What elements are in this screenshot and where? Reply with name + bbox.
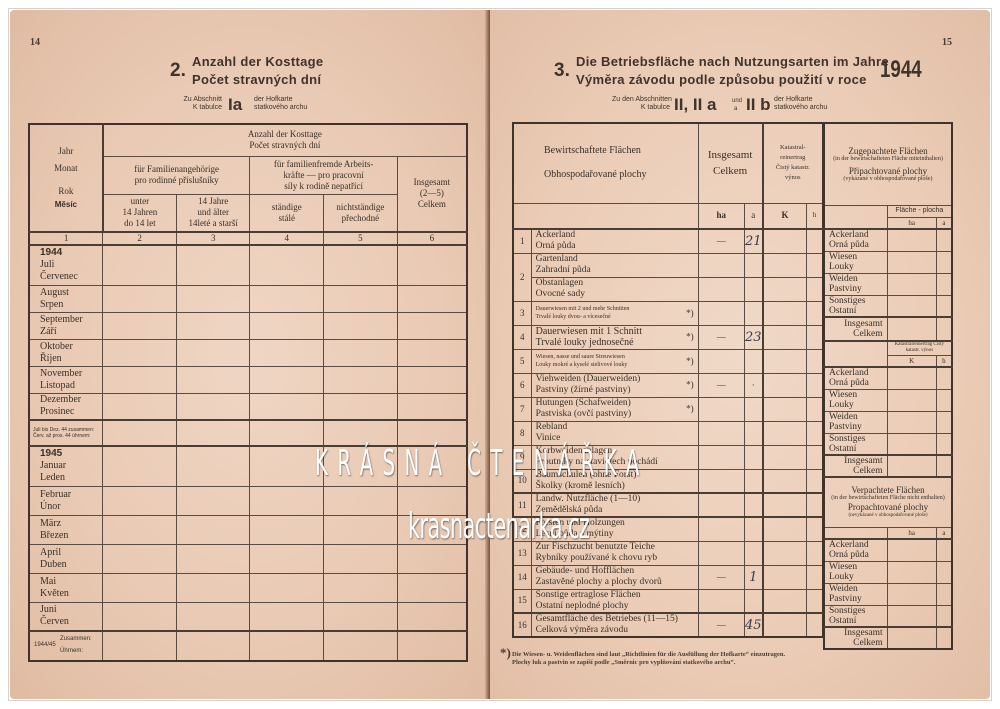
a-value[interactable]: 23 — [744, 325, 762, 349]
unit-a: a — [744, 203, 762, 229]
entry-cell[interactable] — [250, 420, 324, 446]
ha-value[interactable] — [887, 317, 936, 341]
ha-value[interactable] — [887, 295, 936, 317]
ha-value[interactable] — [698, 349, 744, 373]
entry-cell[interactable] — [103, 245, 177, 285]
ha-value[interactable] — [698, 517, 744, 541]
entry-cell[interactable] — [176, 602, 250, 631]
k-value[interactable] — [887, 367, 936, 389]
k-value[interactable] — [763, 589, 807, 613]
table-row: 4 Dauerwiesen mit 1 SchnittTrvalé louky … — [513, 325, 823, 349]
table-row: MaiKvěten — [29, 573, 467, 602]
h-value[interactable] — [936, 411, 952, 433]
entry-cell[interactable] — [397, 393, 467, 420]
k-value[interactable] — [763, 373, 807, 397]
entry-cell[interactable] — [250, 573, 324, 602]
h-value[interactable] — [807, 349, 823, 373]
title-de: Die Betriebsfläche nach Nutzungsarten im… — [576, 54, 889, 69]
month-cell: MärzBřezen — [29, 515, 103, 544]
k-value[interactable] — [763, 301, 807, 325]
entry-cell[interactable] — [397, 339, 467, 366]
temporary-header: nichtständigepřechodné — [324, 194, 398, 232]
entry-cell[interactable] — [324, 631, 398, 661]
table-row: 1944JuliČervenec — [29, 245, 467, 285]
entry-cell[interactable] — [250, 285, 324, 312]
ha-value[interactable] — [887, 539, 936, 561]
a-value[interactable] — [744, 445, 762, 469]
land-use-table: Bewirtschaftete FlächenObhospodařované p… — [512, 122, 824, 638]
unit-k: K — [763, 203, 807, 229]
k-value[interactable] — [887, 389, 936, 411]
a-value[interactable] — [744, 517, 762, 541]
entry-cell[interactable] — [103, 602, 177, 631]
page-number: 15 — [942, 37, 952, 48]
table-row: 8 ReblandVinice — [513, 421, 823, 445]
entry-cell[interactable] — [250, 245, 324, 285]
unit-h: h — [807, 203, 823, 229]
leased-in-header: Zugepachtete Flächen (in der bewirtschaf… — [824, 123, 952, 205]
h-value[interactable] — [807, 541, 823, 565]
ha-value[interactable] — [887, 605, 936, 627]
entry-cell[interactable] — [250, 446, 324, 486]
h-value[interactable] — [807, 229, 823, 253]
entry-cell[interactable] — [103, 312, 177, 339]
month-cell: JuniČerven — [29, 602, 103, 631]
k-value[interactable] — [763, 565, 807, 589]
permanent-header: ständigestálé — [250, 194, 324, 232]
unit-ha: ha — [698, 203, 744, 229]
a-value[interactable] — [744, 301, 762, 325]
a-value[interactable] — [744, 493, 762, 517]
entry-cell[interactable] — [324, 486, 398, 515]
ha-value[interactable] — [887, 583, 936, 605]
k-value[interactable] — [763, 517, 807, 541]
entry-cell[interactable] — [176, 245, 250, 285]
a-value[interactable]: 21 — [744, 229, 762, 253]
k-value[interactable] — [763, 421, 807, 445]
entry-cell[interactable] — [250, 515, 324, 544]
entry-cell[interactable] — [103, 515, 177, 544]
year-month-header: Jahr Monat Rok Měsíc — [29, 124, 103, 232]
month-cell: SeptemberZáří — [29, 312, 103, 339]
a-value[interactable] — [936, 539, 952, 561]
entry-cell[interactable] — [324, 393, 398, 420]
managed-areas-header: Bewirtschaftete FlächenObhospodařované p… — [513, 123, 698, 203]
month-cell: 1945JanuarLeden — [29, 446, 103, 486]
entry-cell[interactable] — [176, 312, 250, 339]
entry-cell[interactable] — [397, 245, 467, 285]
h-value[interactable] — [807, 589, 823, 613]
a-value[interactable] — [744, 469, 762, 493]
entry-cell[interactable] — [397, 631, 467, 661]
h-value[interactable] — [807, 301, 823, 325]
entry-cell[interactable] — [324, 515, 398, 544]
subtotal-label: Juli bis Dez. 44 zusammen:Červ. až pros.… — [29, 420, 103, 446]
leased-out-header: Verpachtete Flächen (in der bewirtschaft… — [824, 477, 952, 527]
h-value[interactable] — [807, 469, 823, 493]
ha-value[interactable] — [887, 561, 936, 583]
entry-cell[interactable] — [103, 631, 177, 661]
h-value[interactable] — [807, 397, 823, 421]
k-value[interactable] — [887, 411, 936, 433]
h-value[interactable] — [807, 493, 823, 517]
table-row: 5 Wiesen, nasse und saure StreuwiesenLou… — [513, 349, 823, 373]
entry-cell[interactable] — [324, 245, 398, 285]
a-value[interactable]: · — [744, 373, 762, 397]
entry-cell[interactable] — [250, 544, 324, 573]
ha-value[interactable] — [698, 421, 744, 445]
month-cell: FebruarÚnor — [29, 486, 103, 515]
entry-cell[interactable] — [176, 544, 250, 573]
a-value[interactable] — [936, 583, 952, 605]
h-value[interactable] — [807, 325, 823, 349]
entry-cell[interactable] — [103, 446, 177, 486]
page-number: 14 — [30, 37, 40, 48]
table-row: 15 Sonstige ertraglose FlächenOstatní ne… — [513, 589, 823, 613]
month-cell: AprilDuben — [29, 544, 103, 573]
entry-cell[interactable] — [324, 339, 398, 366]
entry-cell[interactable] — [324, 602, 398, 631]
table-row: FebruarÚnor — [29, 486, 467, 515]
ha-value[interactable] — [698, 397, 744, 421]
table-row: OktoberŘíjen — [29, 339, 467, 366]
ha-value[interactable] — [698, 469, 744, 493]
entry-cell[interactable] — [103, 285, 177, 312]
entry-cell[interactable] — [397, 312, 467, 339]
k-value[interactable] — [763, 397, 807, 421]
cadastral-yield-header: Katastral-reinertragČistý katastr.výnos — [763, 123, 823, 203]
entry-cell[interactable] — [324, 573, 398, 602]
h-value[interactable] — [807, 445, 823, 469]
total-row: 1944/45 Zusammen: Úhrnem: — [29, 631, 467, 661]
entry-cell[interactable] — [397, 573, 467, 602]
k-value[interactable] — [763, 229, 807, 253]
family-members-header: für Familienangehörige pro rodinné přísl… — [103, 156, 250, 194]
ha-value[interactable] — [887, 273, 936, 295]
month-cell: DezemberProsinec — [29, 393, 103, 420]
a-value[interactable] — [744, 253, 762, 277]
a-value[interactable] — [744, 349, 762, 373]
h-value[interactable] — [807, 373, 823, 397]
k-value[interactable] — [763, 613, 807, 637]
total-label: 1944/45 Zusammen: Úhrnem: — [29, 631, 103, 661]
ha-value[interactable] — [698, 445, 744, 469]
total-header: Insgesamt (2—5) Celkem — [397, 156, 467, 232]
total-row: 16 Gesamtfläche des Betriebes (11—15)Cel… — [513, 613, 823, 637]
k-value[interactable] — [763, 253, 807, 277]
k-value[interactable] — [763, 325, 807, 349]
entry-cell[interactable] — [250, 602, 324, 631]
column-numbers-row: 1 2 3 4 5 6 — [29, 232, 467, 245]
under-14-header: unter14 Jahrendo 14 let — [103, 194, 177, 232]
a-value[interactable] — [936, 229, 952, 251]
h-value[interactable] — [807, 517, 823, 541]
ha-value[interactable]: — — [698, 613, 744, 637]
k-value[interactable] — [763, 349, 807, 373]
entry-cell[interactable] — [397, 544, 467, 573]
entry-cell[interactable] — [176, 515, 250, 544]
entry-cell[interactable] — [176, 446, 250, 486]
table-row: 14 Gebäude- und HofflächenZastavěné ploc… — [513, 565, 823, 589]
h-value[interactable] — [936, 367, 952, 389]
year-label: 1944 — [880, 56, 922, 84]
entry-cell[interactable] — [250, 366, 324, 393]
table-row: NovemberListopad — [29, 366, 467, 393]
entry-cell[interactable] — [250, 339, 324, 366]
ha-value[interactable] — [887, 229, 936, 251]
entry-cell[interactable] — [176, 420, 250, 446]
watermark-title: KRÁSNÁ ČTENÁŘKA — [315, 443, 649, 484]
h-value[interactable] — [936, 389, 952, 411]
entry-cell[interactable] — [176, 486, 250, 515]
h-value[interactable] — [807, 613, 823, 637]
a-value[interactable] — [744, 589, 762, 613]
k-value[interactable] — [763, 469, 807, 493]
14-and-older-header: 14 Jahreund älter14leté a starší — [176, 194, 250, 232]
left-page: 14 2. Anzahl der Kosttage Počet stravnýc… — [10, 10, 490, 699]
month-cell: AugustSrpen — [29, 285, 103, 312]
ha-value[interactable] — [698, 493, 744, 517]
entry-cell[interactable] — [176, 573, 250, 602]
k-value[interactable] — [887, 455, 936, 477]
ha-value[interactable]: — — [698, 325, 744, 349]
entry-cell[interactable] — [176, 631, 250, 661]
entry-cell[interactable] — [397, 285, 467, 312]
foreign-workers-header: für familienfremde Arbeits- kräfte — pro… — [250, 156, 397, 194]
month-cell: 1944JuliČervenec — [29, 245, 103, 285]
entry-cell[interactable] — [176, 339, 250, 366]
entry-cell[interactable] — [103, 544, 177, 573]
table-row: JuniČerven — [29, 602, 467, 631]
a-value[interactable] — [936, 317, 952, 341]
entry-cell[interactable] — [103, 366, 177, 393]
watermark-url: krasnactenarka.cz — [408, 506, 589, 547]
entry-cell[interactable] — [324, 285, 398, 312]
entry-cell[interactable] — [103, 486, 177, 515]
ha-value[interactable] — [698, 589, 744, 613]
table-row: MärzBřezen — [29, 515, 467, 544]
a-value[interactable]: 45 — [744, 613, 762, 637]
entry-cell[interactable] — [324, 312, 398, 339]
entry-cell[interactable] — [250, 486, 324, 515]
h-value[interactable] — [936, 433, 952, 455]
a-value[interactable] — [936, 295, 952, 317]
a-value[interactable] — [744, 277, 762, 301]
k-value[interactable] — [763, 541, 807, 565]
meal-days-table: Jahr Monat Rok Měsíc Anzahl der Kosttage… — [28, 123, 468, 662]
leased-areas-table: Zugepachtete Flächen (in der bewirtschaf… — [823, 122, 953, 650]
meal-days-group-header: Anzahl der Kosttage Počet stravných dní — [103, 124, 467, 156]
entry-cell[interactable] — [324, 544, 398, 573]
table-row: 6 Viehweiden (Dauerweiden)Pastviny (žírn… — [513, 373, 823, 397]
entry-cell[interactable] — [176, 366, 250, 393]
a-value[interactable] — [744, 397, 762, 421]
title-cz: Výměra závodu podle způsobu použití v ro… — [576, 72, 867, 87]
ha-value[interactable] — [887, 627, 936, 649]
h-value[interactable] — [807, 565, 823, 589]
entry-cell[interactable] — [397, 366, 467, 393]
total-header: InsgesamtCelkem — [698, 123, 762, 203]
entry-cell[interactable] — [397, 602, 467, 631]
table-row: ObstanlagenOvocné sady — [513, 277, 823, 301]
month-cell: NovemberListopad — [29, 366, 103, 393]
h-value[interactable] — [807, 277, 823, 301]
entry-cell[interactable] — [103, 393, 177, 420]
ha-value[interactable]: — — [698, 229, 744, 253]
entry-cell[interactable] — [103, 339, 177, 366]
table-row: AprilDuben — [29, 544, 467, 573]
a-value[interactable] — [936, 561, 952, 583]
ha-value[interactable] — [698, 301, 744, 325]
title-de: Anzahl der Kosttage — [192, 54, 323, 69]
entry-cell[interactable] — [250, 631, 324, 661]
entry-cell[interactable] — [324, 366, 398, 393]
a-value[interactable] — [936, 605, 952, 627]
ha-value[interactable] — [698, 541, 744, 565]
table-row: 2 GartenlandZahradní půda — [513, 253, 823, 277]
month-cell: MaiKvěten — [29, 573, 103, 602]
ha-value[interactable]: — — [698, 373, 744, 397]
k-value[interactable] — [763, 277, 807, 301]
table-row: 7 Hutungen (Schafweiden)Pastviska (ovčí … — [513, 397, 823, 421]
h-value[interactable] — [807, 421, 823, 445]
entry-cell[interactable] — [103, 573, 177, 602]
entry-cell[interactable] — [250, 312, 324, 339]
entry-cell[interactable] — [176, 285, 250, 312]
entry-cell[interactable] — [176, 393, 250, 420]
ha-value[interactable] — [887, 251, 936, 273]
a-value[interactable] — [936, 273, 952, 295]
h-value[interactable] — [807, 253, 823, 277]
a-value[interactable] — [744, 421, 762, 445]
a-value[interactable]: 1 — [744, 565, 762, 589]
h-value[interactable] — [936, 455, 952, 477]
ha-value[interactable] — [698, 253, 744, 277]
table-row: 3 Dauerwiesen mit 2 und mehr SchnittenTr… — [513, 301, 823, 325]
month-cell: OktoberŘíjen — [29, 339, 103, 366]
ha-value[interactable] — [698, 277, 744, 301]
table-row: 1 AckerlandOrná půda — 21 — [513, 229, 823, 253]
k-value[interactable] — [763, 493, 807, 517]
k-value[interactable] — [887, 433, 936, 455]
entry-cell[interactable] — [103, 420, 177, 446]
book-spread: 14 2. Anzahl der Kosttage Počet stravnýc… — [10, 10, 990, 699]
table-row: DezemberProsinec — [29, 393, 467, 420]
entry-cell[interactable] — [250, 393, 324, 420]
table-row: AugustSrpen — [29, 285, 467, 312]
a-value[interactable] — [936, 251, 952, 273]
table-row: SeptemberZáří — [29, 312, 467, 339]
a-value[interactable] — [936, 627, 952, 649]
title-cz: Počet stravných dní — [192, 72, 321, 87]
a-value[interactable] — [744, 541, 762, 565]
k-value[interactable] — [763, 445, 807, 469]
ha-value[interactable]: — — [698, 565, 744, 589]
